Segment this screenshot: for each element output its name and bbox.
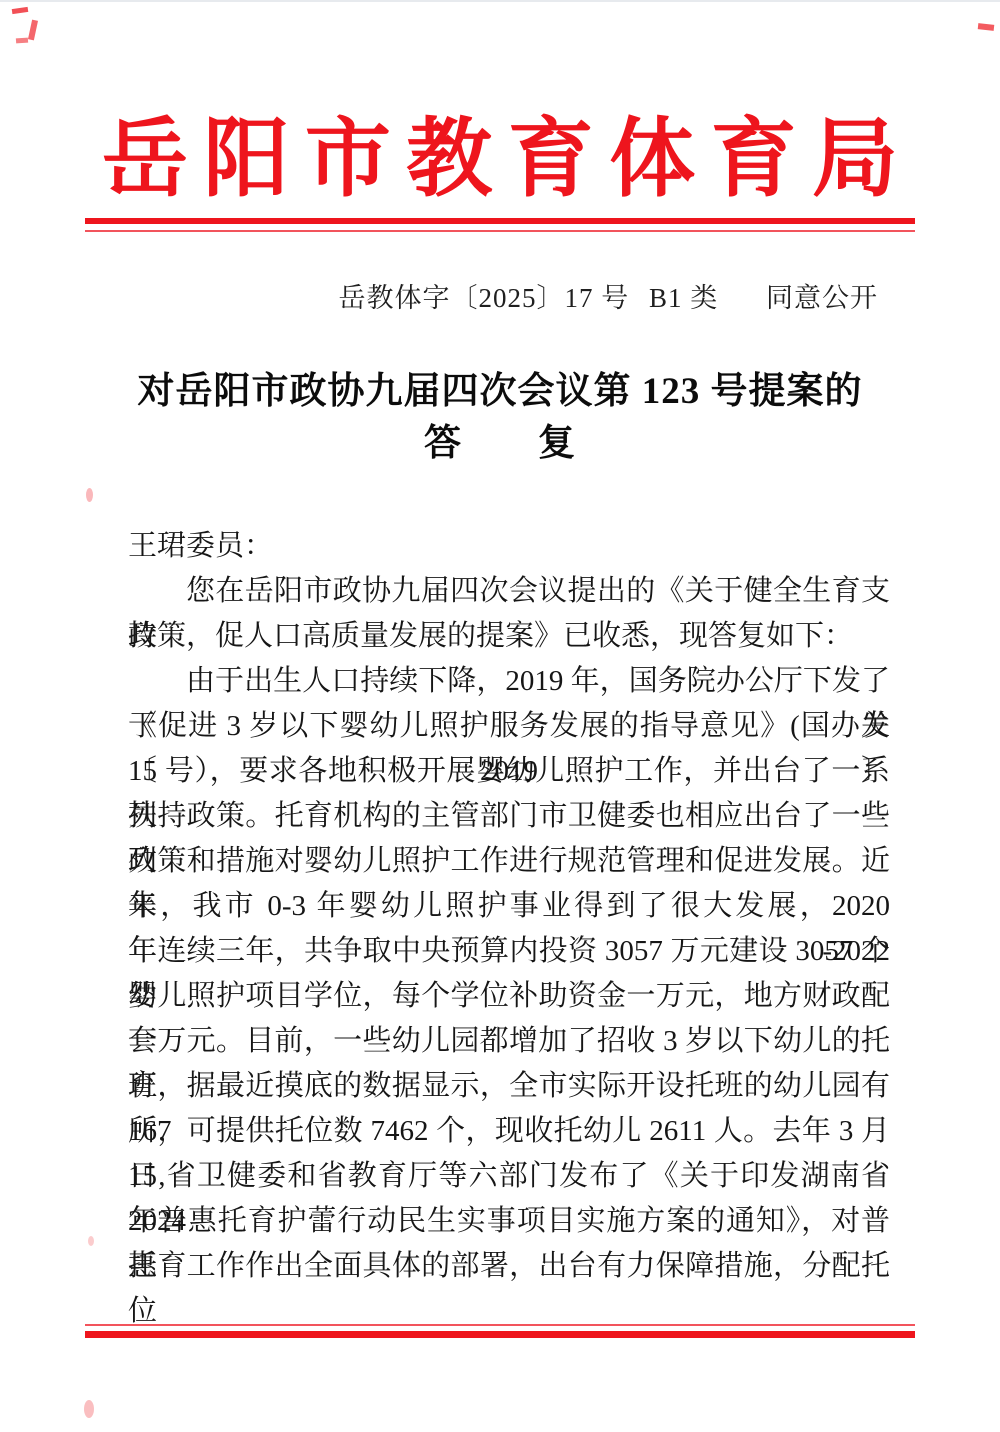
body-line: 幼儿照护项目学位，每个学位补助资金一万元，地方财政配套 [128, 974, 890, 1019]
header-rule-thick [85, 218, 915, 224]
scan-artifact [28, 20, 38, 41]
agency-name: 岳阳市教育体育局 [102, 104, 898, 214]
header-rule-thin [85, 230, 915, 232]
salutation: 王珺委员： [128, 524, 890, 569]
body-lines: 您在岳阳市政协九届四次会议提出的《关于健全生育支持政策，促人口高质量发展的提案》… [128, 569, 890, 1289]
scan-artifact [16, 38, 28, 44]
doc-disclosure: 同意公开 [766, 283, 878, 313]
body-line: 15 号），要求各地积极开展婴幼儿照护工作，并出台了一系列 [128, 749, 890, 794]
body-line: 日,省卫健委和省教育厅等六部门发布了《关于印发湖南省 2024 [128, 1154, 890, 1199]
body-line: 年普惠托育护蕾行动民生实事项目实施方案的通知》，对普惠 [128, 1199, 890, 1244]
body-line: 一万元。目前，一些幼儿园都增加了招收 3 岁以下幼儿的托育 [128, 1019, 890, 1064]
scan-artifact [978, 23, 995, 31]
title-line2: 答 复 [100, 418, 900, 470]
body-line: 您在岳阳市政协九届四次会议提出的《关于健全生育支持 [128, 569, 890, 614]
body-line: 于促进 3 岁以下婴幼儿照护服务发展的指导意见》(国办发〔2019〕 [128, 704, 890, 749]
body-line: 托育工作作出全面具体的部署，出台有力保障措施，分配托位 [128, 1244, 890, 1289]
scan-artifact [12, 7, 29, 14]
body-line: 班，据最近摸底的数据显示，全市实际开设托班的幼儿园有 167 [128, 1064, 890, 1109]
body-line: 来，我市 0-3 年婴幼儿照护事业得到了很大发展，2020 年-2022 [128, 884, 890, 929]
doc-number: 岳教体字〔2025〕17 号 [338, 283, 629, 313]
body-line: 扶持政策。托育机构的主管部门市卫健委也相应出台了一些列 [128, 794, 890, 839]
scan-edge [0, 0, 1000, 2]
document-page: 岳阳市教育体育局 岳教体字〔2025〕17 号 B1 类 同意公开 对岳阳市政协… [0, 0, 1000, 1432]
scan-artifact [84, 1400, 94, 1418]
body-line: 政策和措施对婴幼儿照护工作进行规范管理和促进发展。近年 [128, 839, 890, 884]
doc-category: B1 类 [649, 283, 718, 313]
title-line1: 对岳阳市政协九届四次会议第 123 号提案的 [100, 366, 900, 418]
footer-rule-thick [85, 1331, 915, 1338]
footer-rule-thin [85, 1324, 915, 1326]
body-line: 政策，促人口高质量发展的提案》已收悉，现答复如下： [128, 614, 890, 659]
scan-artifact [88, 1236, 94, 1246]
document-title: 对岳阳市政协九届四次会议第 123 号提案的 答 复 [100, 366, 900, 470]
doc-number-line: 岳教体字〔2025〕17 号 B1 类 同意公开 [0, 280, 878, 316]
document-body: 王珺委员： 您在岳阳市政协九届四次会议提出的《关于健全生育支持政策，促人口高质量… [128, 524, 890, 1289]
body-line: 年连续三年，共争取中央预算内投资 3057 万元建设 3057 个婴 [128, 929, 890, 974]
body-line: 所，可提供托位数 7462 个，现收托幼儿 2611 人。去年 3 月 15 [128, 1109, 890, 1154]
scan-artifact [86, 488, 93, 502]
body-line: 由于出生人口持续下降，2019 年，国务院办公厅下发了《关 [128, 659, 890, 704]
